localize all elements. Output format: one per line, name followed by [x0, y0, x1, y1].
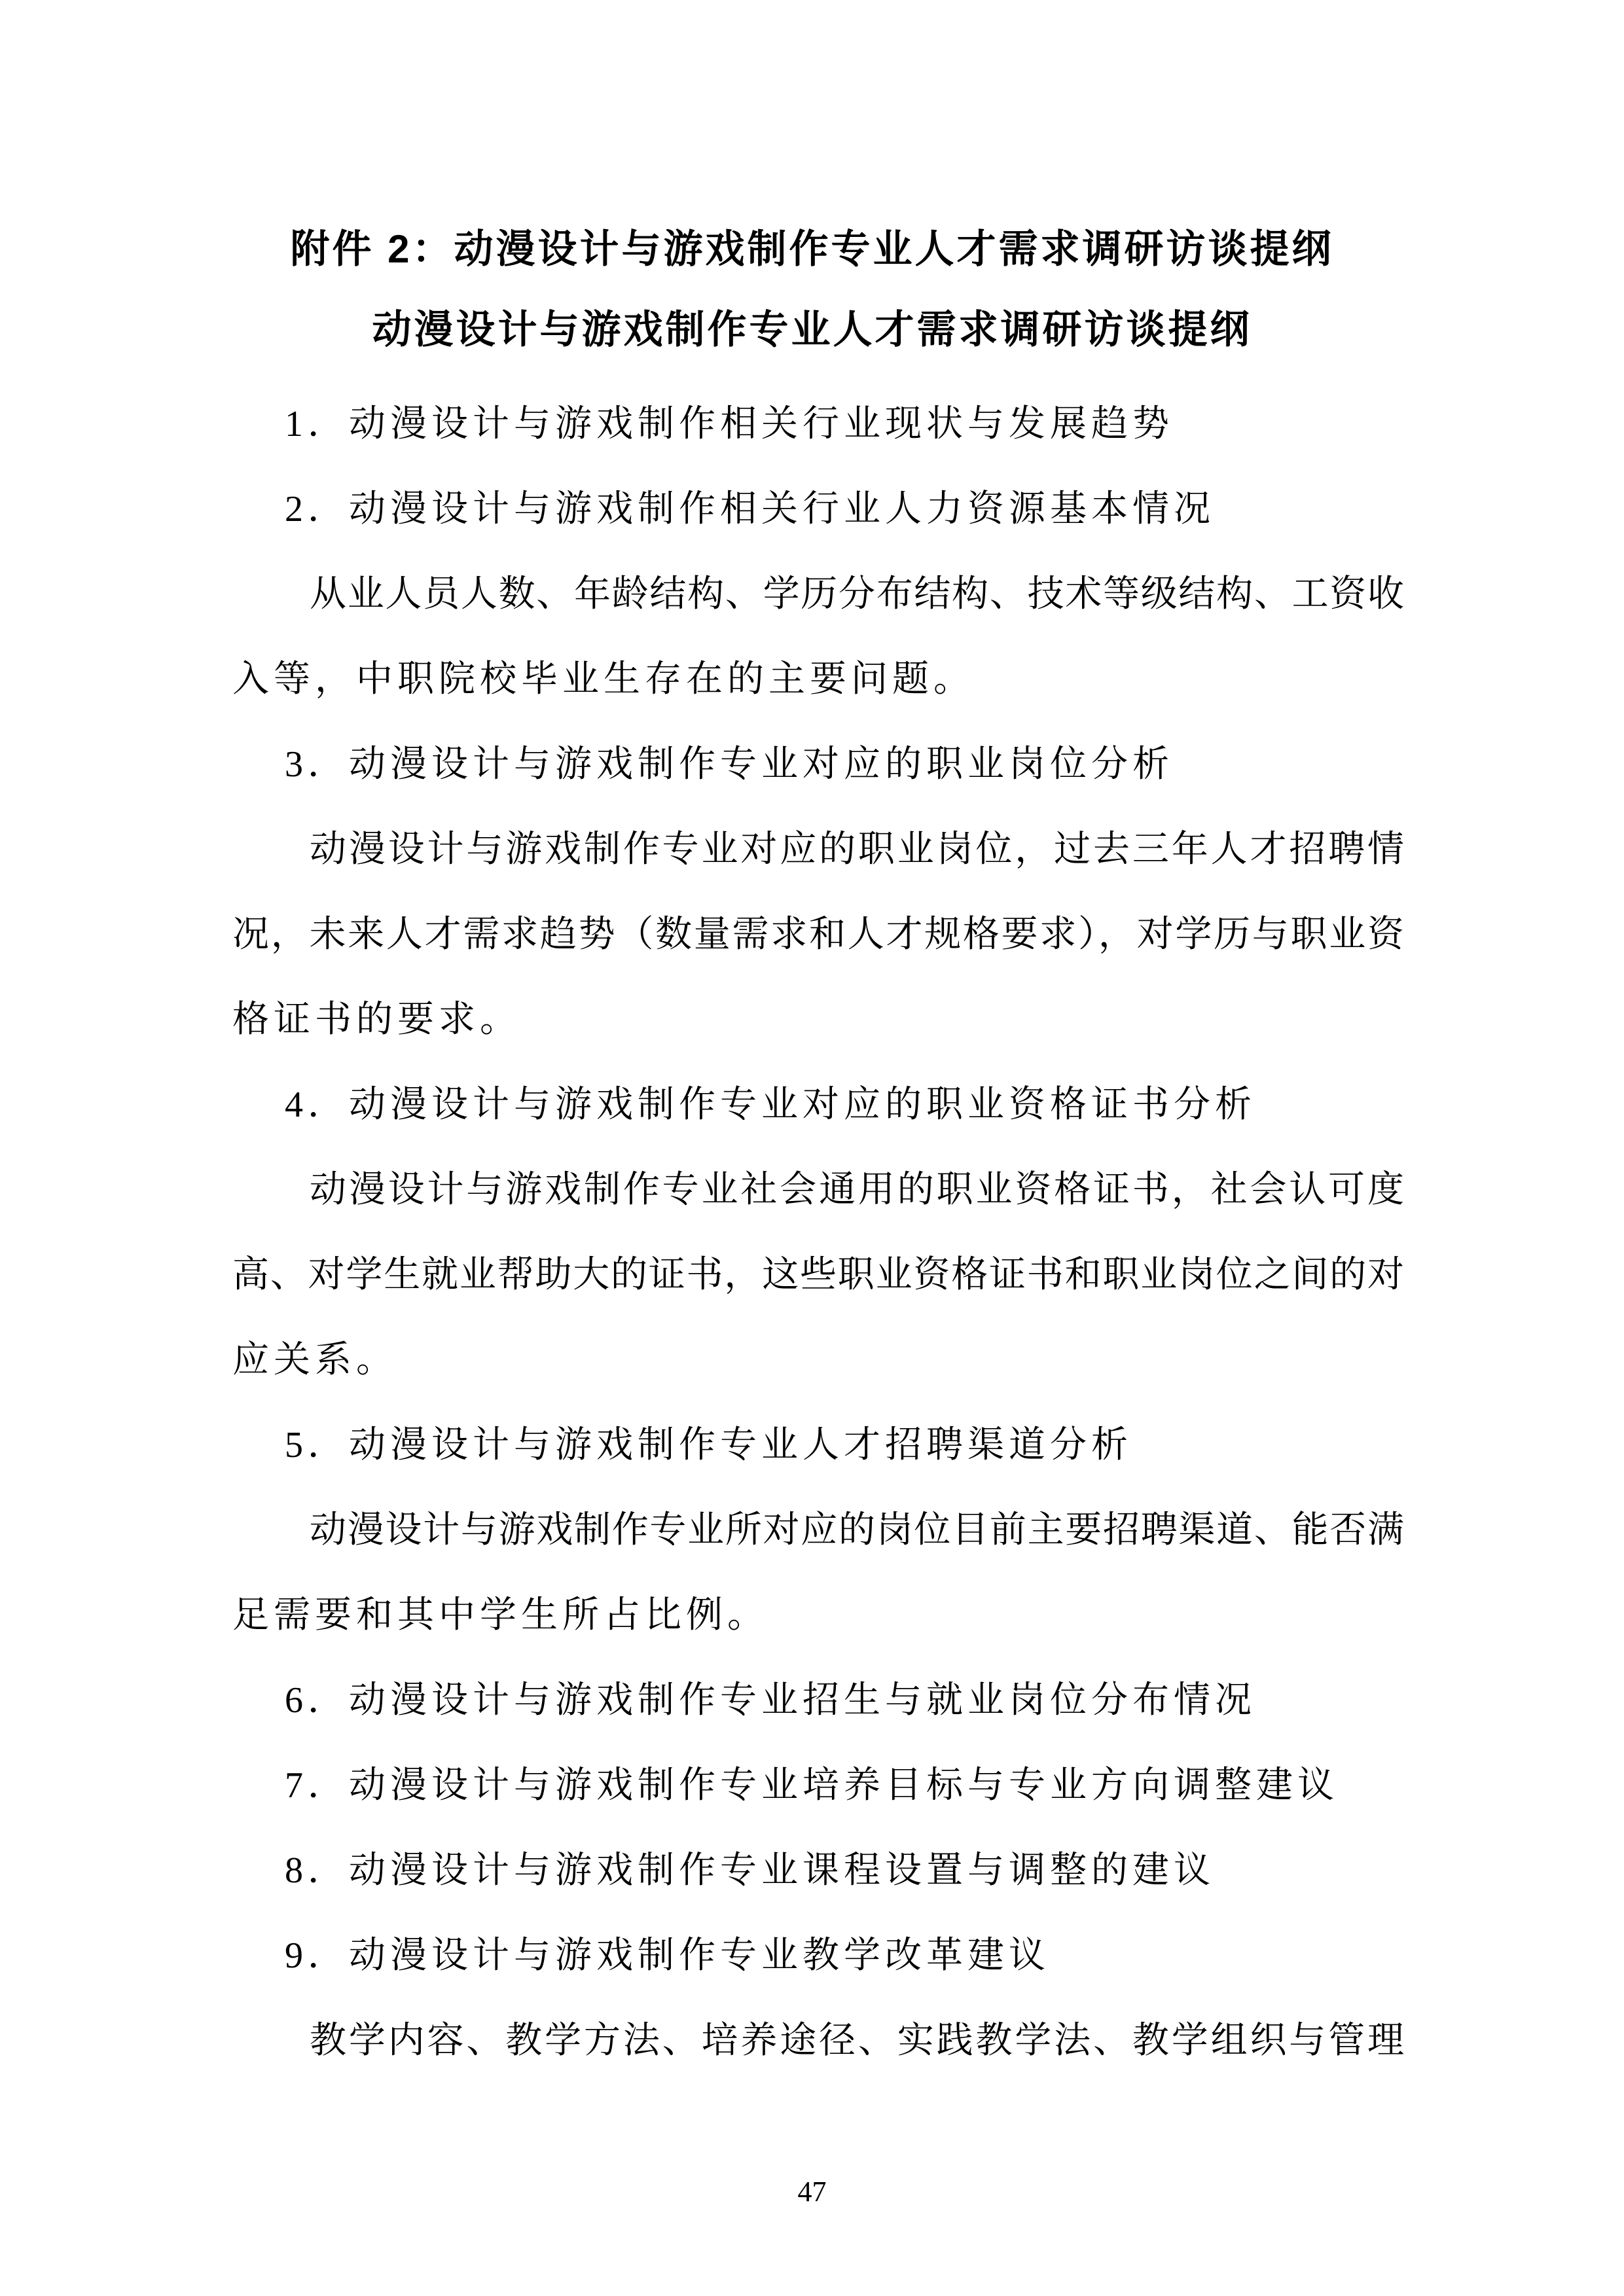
attachment-title: 附件 2：动漫设计与游戏制作专业人才需求调研访谈提纲: [0, 226, 1624, 273]
paragraph-line: 入等，中职院校毕业生存在的主要问题。: [232, 658, 1404, 700]
paragraph-line: 从业人员人数、年龄结构、学历分布结构、技术等级结构、工资收: [232, 573, 1404, 615]
list-item-line: 3．动漫设计与游戏制作专业对应的职业岗位分析: [285, 744, 1404, 785]
list-item-line: 9．动漫设计与游戏制作专业教学改革建议: [285, 1935, 1404, 1977]
list-item-line: 4．动漫设计与游戏制作专业对应的职业资格证书分析: [285, 1084, 1404, 1126]
list-item-line: 6．动漫设计与游戏制作专业招生与就业岗位分布情况: [285, 1679, 1404, 1721]
document-subtitle: 动漫设计与游戏制作专业人才需求调研访谈提纲: [0, 306, 1624, 353]
paragraph-line: 高、对学生就业帮助大的证书，这些职业资格证书和职业岗位之间的对: [232, 1254, 1404, 1296]
page-number: 47: [0, 2176, 1624, 2208]
paragraph-line: 格证书的要求。: [232, 999, 1404, 1041]
list-item-line: 7．动漫设计与游戏制作专业培养目标与专业方向调整建议: [285, 1765, 1404, 1806]
list-item-line: 5．动漫设计与游戏制作专业人才招聘渠道分析: [285, 1424, 1404, 1466]
paragraph-line: 教学内容、教学方法、培养途径、实践教学法、教学组织与管理: [232, 2020, 1404, 2062]
paragraph-line: 动漫设计与游戏制作专业社会通用的职业资格证书，社会认可度: [232, 1169, 1404, 1211]
list-item-line: 2．动漫设计与游戏制作相关行业人力资源基本情况: [285, 488, 1404, 530]
paragraph-line: 应关系。: [232, 1339, 1404, 1381]
paragraph-line: 足需要和其中学生所占比例。: [232, 1594, 1404, 1636]
list-item-line: 1．动漫设计与游戏制作相关行业现状与发展趋势: [285, 403, 1404, 445]
paragraph-line: 动漫设计与游戏制作专业所对应的岗位目前主要招聘渠道、能否满: [232, 1509, 1404, 1551]
list-item-line: 8．动漫设计与游戏制作专业课程设置与调整的建议: [285, 1850, 1404, 1892]
document-page: 附件 2：动漫设计与游戏制作专业人才需求调研访谈提纲 动漫设计与游戏制作专业人才…: [0, 0, 1624, 2296]
paragraph-line: 动漫设计与游戏制作专业对应的职业岗位，过去三年人才招聘情: [232, 829, 1404, 870]
paragraph-line: 况，未来人才需求趋势（数量需求和人才规格要求），对学历与职业资: [232, 914, 1404, 956]
